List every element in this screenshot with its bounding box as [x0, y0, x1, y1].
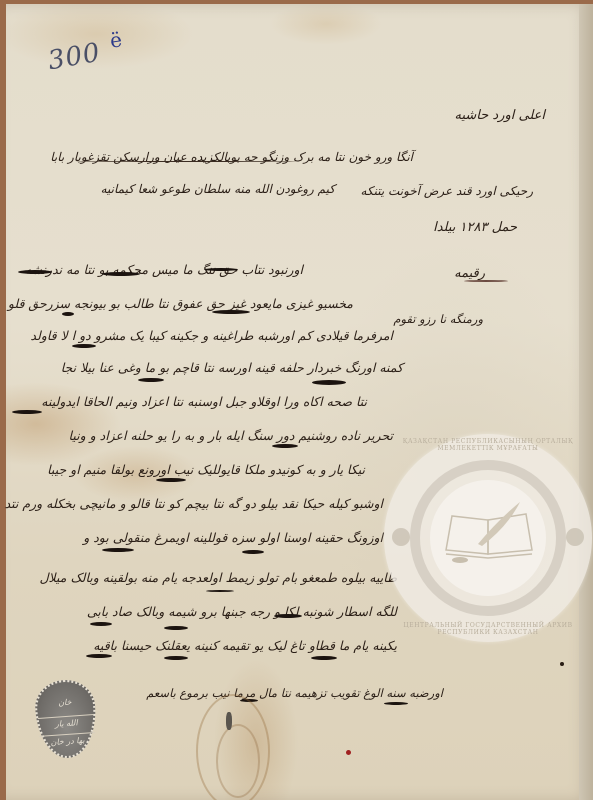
ink-stroke [12, 410, 42, 414]
catalog-number: 300 [46, 38, 103, 77]
body-line-10: طاییه بیلوه طمعغو بام تولو زیمط اولعدجه … [39, 570, 397, 585]
body-line-3: امرفرما قیلادی کم اورشبه طراغینه و جکینه… [30, 328, 393, 343]
body-line-4: کمنه اورنگ خبردار حلفه قینه اورسه نتا قا… [61, 360, 403, 375]
ink-stroke [206, 590, 234, 592]
header-line-1: اعلی اورد حاشیه [454, 108, 545, 123]
ink-stroke [312, 380, 346, 385]
ink-stroke [164, 656, 188, 660]
body-line-8: اوشبو کیله حیکا نقد بیلو دو گه نتا بیچم … [5, 496, 383, 511]
book-quill-icon [442, 500, 536, 564]
ink-stroke [72, 344, 96, 348]
ink-stroke [18, 270, 52, 274]
catalog-mark: ё [108, 27, 123, 52]
seal-line-2: الله یار [38, 714, 95, 730]
archive-watermark-seal: ҚАЗАҚСТАН РЕСПУБЛИКАСЫНЫҢ ОРТАЛЫҚ МЕМЛЕК… [384, 434, 592, 642]
ink-blot [226, 712, 232, 730]
header-line-5: ورمنگه نا رزو تقوم [393, 312, 483, 326]
ink-stroke [86, 654, 112, 658]
ink-stroke [204, 268, 238, 271]
ink-stroke [156, 478, 186, 482]
body-line-6: تحریر ناده روشنیم دور سنگ ایله بار و به … [69, 428, 393, 443]
ink-stroke [311, 656, 337, 660]
header-line-4: رقیمه [454, 266, 485, 281]
watermark-text-top: ҚАЗАҚСТАН РЕСПУБЛИКАСЫНЫҢ ОРТАЛЫҚ МЕМЛЕК… [384, 438, 592, 452]
watermark-text-bottom: ЦЕНТРАЛЬНЫЙ ГОСУДАРСТВЕННЫЙ АРХИВ РЕСПУБ… [384, 622, 592, 636]
rosette-icon [392, 528, 410, 546]
body-line-9: اوزونگ حقینه اوسنا اولو سزه قوللینه اویم… [83, 530, 383, 545]
ink-stroke [212, 310, 250, 314]
header-line-2: رحیکی اورد قند عرض آخونت یتنکه [361, 184, 533, 198]
seal-line-1: خان [37, 696, 93, 709]
body-line-1: اورنبود نتاب حق ننگ ما میس محکمه بو نتا … [25, 262, 303, 277]
strikethrough-line [76, 161, 296, 162]
rosette-icon [566, 528, 584, 546]
ink-stroke [274, 614, 302, 618]
ink-stroke [90, 622, 112, 626]
body-line-5: نتا صحه اکاه ورا اوقلاو جبل اوسنبه نتا ا… [41, 394, 367, 409]
body-line-12: یکینه یام ما قطاو تاغ لیک یو تقیمه کنینه… [93, 638, 397, 653]
ink-stroke [102, 548, 134, 552]
body-line-7: نیکا یار و به کونیدو ملکا قایوللیک نیب ا… [47, 462, 365, 477]
ink-stroke [62, 312, 74, 316]
flourish-stroke [464, 280, 508, 282]
ink-stroke [164, 626, 188, 630]
body-line-2: مخسیو غیزی مایعود غیز حق عفوق نتا طالب ب… [8, 296, 353, 311]
red-dot [346, 750, 351, 755]
ink-dot [560, 662, 564, 666]
ink-stroke [138, 378, 164, 382]
closing-line: اورضبه سنه الوغ تقویب تزهیمه نتا مال مرم… [146, 686, 443, 700]
page-edge [579, 4, 593, 800]
body-line-11: للگه اسطار شونبه لکا و رجه جبنها برو شیم… [87, 604, 397, 619]
water-stain [216, 724, 260, 798]
ink-stroke [242, 550, 264, 554]
ink-stroke [102, 272, 140, 276]
ink-stroke [272, 444, 298, 448]
manuscript-page: 300 ё اعلی اورد حاشیه رحیکی اورد قند عرض… [6, 4, 593, 800]
date-line: حمل ۱۲۸۳ بیلدا [433, 220, 517, 235]
ink-stroke [384, 702, 408, 705]
opening-line-2: کیم روغودن الله منه سلطان طوعو شعا کیمان… [101, 182, 335, 196]
